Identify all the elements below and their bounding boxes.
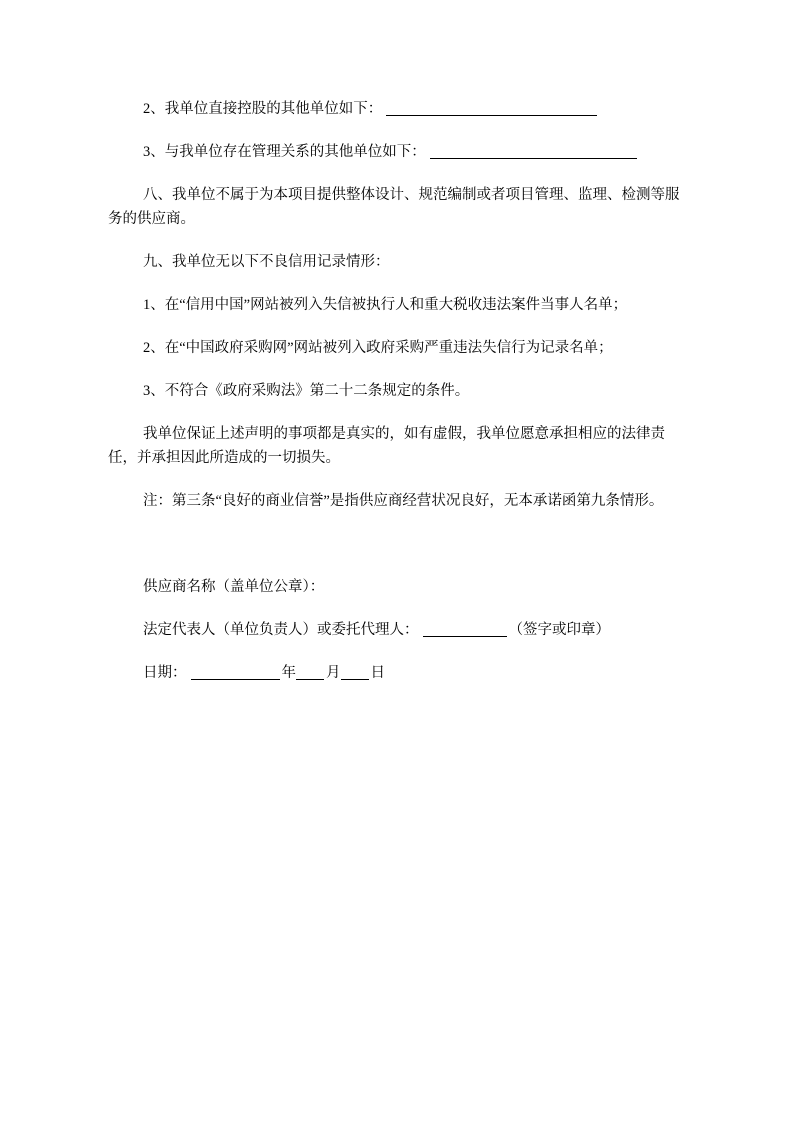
clause-nine-item-3: 3、不符合《政府采购法》第二十二条规定的条件。 — [108, 379, 685, 403]
management-relation-units-blank-line — [430, 144, 637, 159]
pledge-paragraph: 我单位保证上述声明的事项都是真实的，如有虚假，我单位愿意承担相应的法律责任，并承… — [108, 422, 685, 470]
clause-nine-item-2: 2、在“中国政府采购网”网站被列入政府采购严重违法失信行为记录名单； — [108, 336, 685, 360]
date-month-blank-line — [296, 665, 324, 680]
clause-seven-item-2-text: 2、我单位直接控股的其他单位如下： — [143, 101, 382, 117]
clause-eight-paragraph: 八、我单位不属于为本项目提供整体设计、规范编制或者项目管理、监理、检测等服务的供… — [108, 183, 685, 231]
year-unit-label: 年 — [282, 665, 297, 681]
date-line: 日期：年月日 — [108, 661, 685, 685]
sign-or-seal-note: （签字或印章） — [509, 622, 611, 638]
month-unit-label: 月 — [326, 665, 341, 681]
supplier-name-line: 供应商名称（盖单位公章）： — [108, 575, 685, 599]
clause-nine-heading: 九、我单位无以下不良信用记录情形： — [108, 250, 685, 274]
day-unit-label: 日 — [371, 665, 386, 681]
clause-seven-item-2: 2、我单位直接控股的其他单位如下： — [108, 97, 685, 121]
note-paragraph: 注：第三条“良好的商业信誉”是指供应商经营状况良好，无本承诺函第九条情形。 — [108, 489, 685, 513]
date-day-blank-line — [341, 665, 369, 680]
date-label: 日期： — [143, 665, 187, 681]
holding-units-blank-line — [386, 101, 597, 116]
representative-line: 法定代表人（单位负责人）或委托代理人：（签字或印章） — [108, 618, 685, 642]
clause-seven-item-3: 3、与我单位存在管理关系的其他单位如下： — [108, 140, 685, 164]
document-page: 2、我单位直接控股的其他单位如下： 3、与我单位存在管理关系的其他单位如下： 八… — [0, 0, 793, 1122]
date-year-blank-line — [191, 665, 280, 680]
representative-signature-blank-line — [423, 622, 507, 637]
clause-seven-item-3-text: 3、与我单位存在管理关系的其他单位如下： — [143, 144, 426, 160]
clause-nine-item-1: 1、在“信用中国”网站被列入失信被执行人和重大税收违法案件当事人名单； — [108, 293, 685, 317]
blank-paragraph-spacer — [108, 532, 685, 575]
representative-label: 法定代表人（单位负责人）或委托代理人： — [143, 622, 419, 638]
